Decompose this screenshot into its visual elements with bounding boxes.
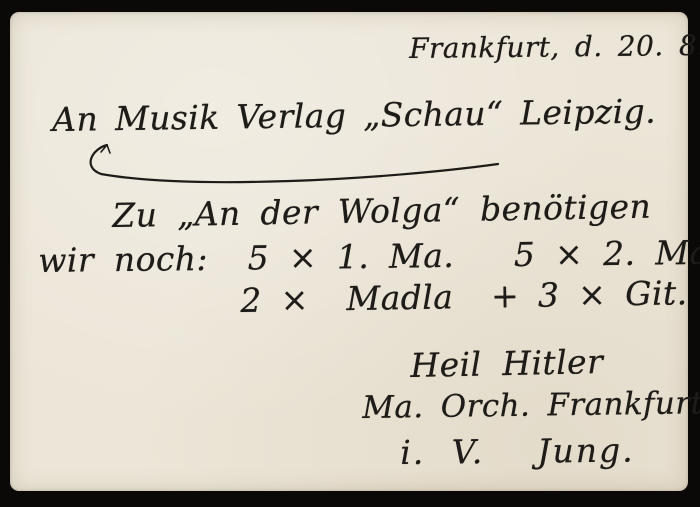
closing-organization: Ma. Orch. Frankfurt. — [362, 385, 700, 426]
body-line-3: 2 × Madla + 3 × Git. — [240, 273, 688, 320]
closing-signature: i. V. Jung. — [400, 431, 635, 472]
body-line-1: Zu „An der Wolga“ benötigen — [112, 187, 651, 235]
address-line: An Musik Verlag „Schau“ Leipzig. — [52, 92, 656, 139]
scan-background: Frankfurt, d. 20. 8. 39. An Musik Verlag… — [0, 0, 700, 507]
underline-flourish — [72, 138, 504, 190]
dateline: Frankfurt, d. 20. 8. 39. — [409, 28, 700, 65]
body-line-2: wir noch: 5 × 1. Ma. 5 × 2. Ma. — [38, 233, 700, 280]
postcard: Frankfurt, d. 20. 8. 39. An Musik Verlag… — [10, 12, 688, 491]
closing-salute: Heil Hitler — [410, 342, 604, 385]
